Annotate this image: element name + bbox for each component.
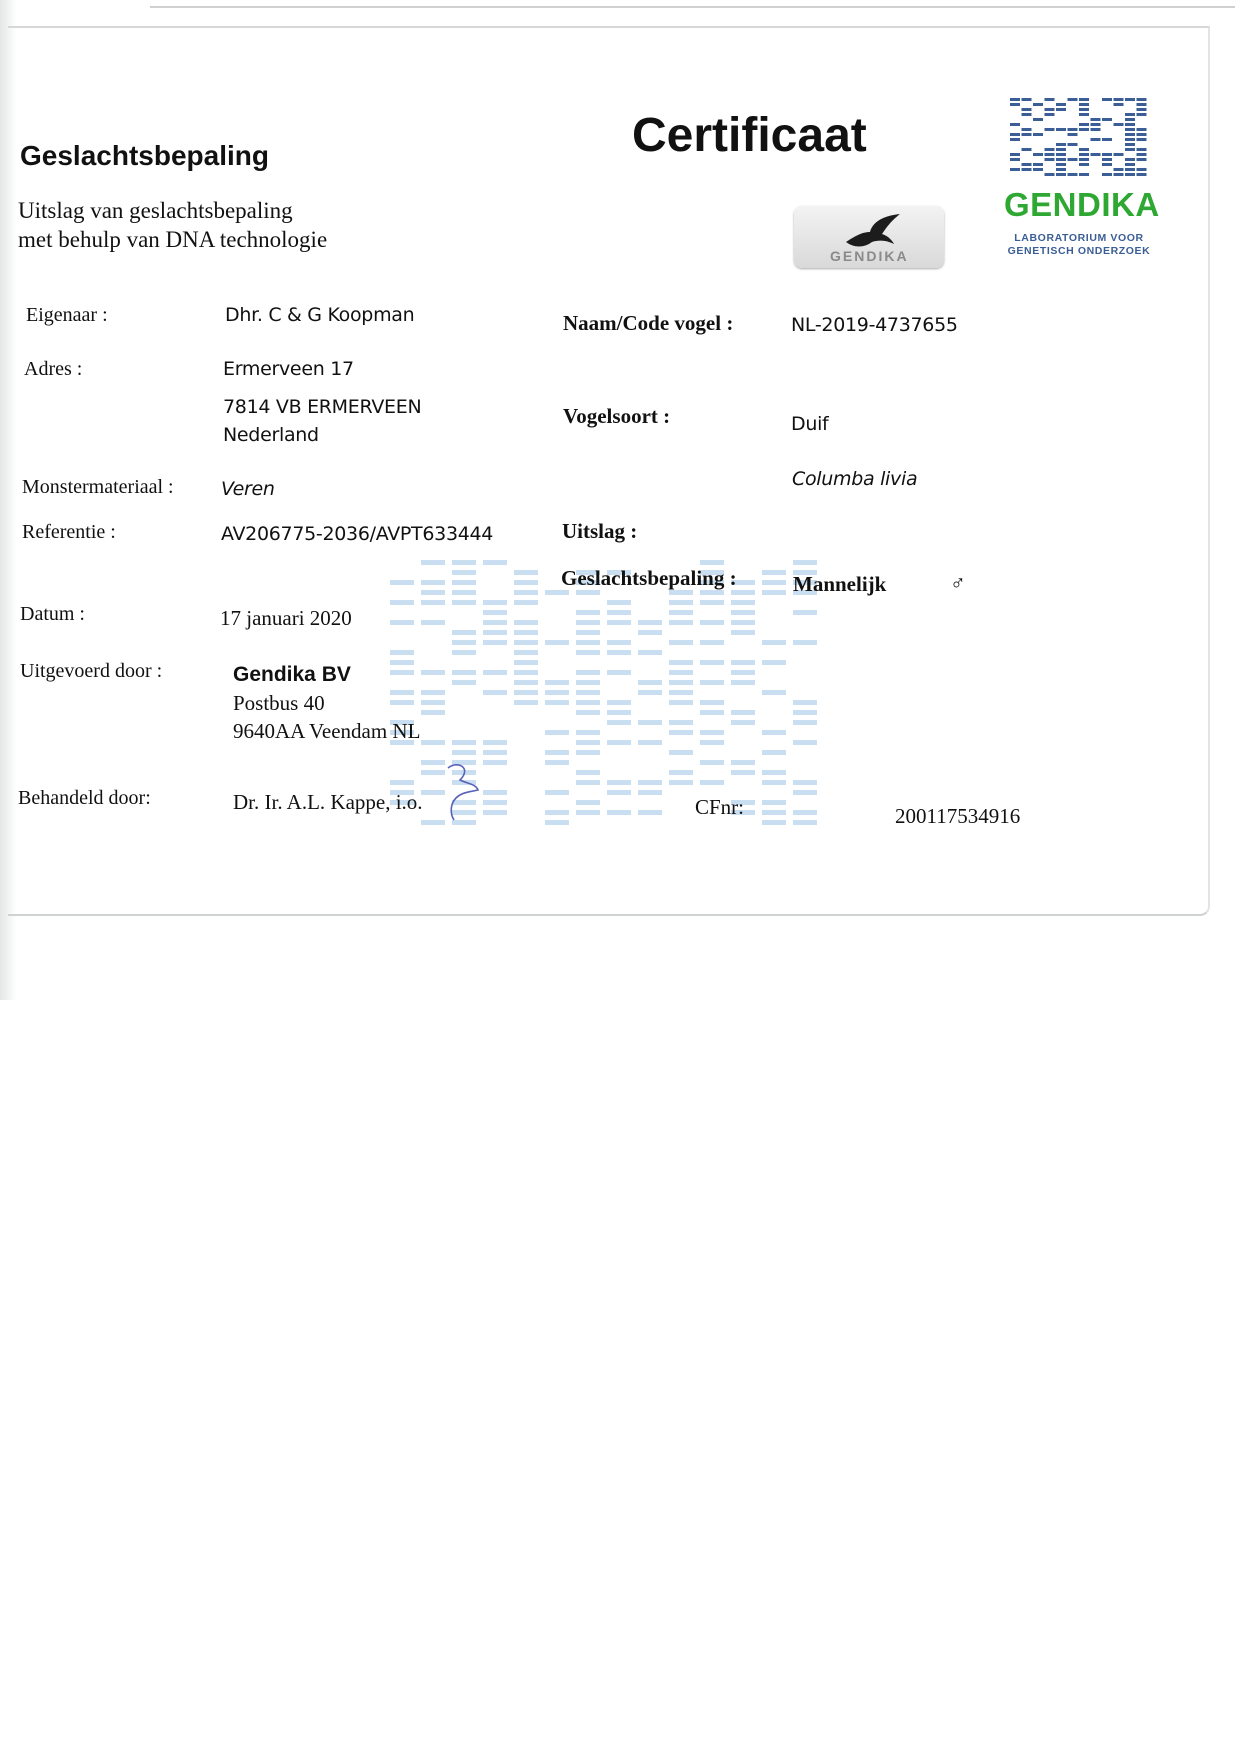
logo-tagline: LABORATORIUM VOOR GENETISCH ONDERZOEK [1004,232,1154,258]
dna-bands-g-logo-icon [1010,98,1148,178]
adres-line-2: 7814 VB ERMERVEEN [223,396,421,418]
cfnr-value: 200117534916 [895,804,1020,829]
certificate-title: Certificaat [632,108,867,163]
gendika-logo: GENDIKA LABORATORIUM VOOR GENETISCH ONDE… [1004,98,1154,268]
uitslag-label: Uitslag : [562,519,637,544]
eigenaar-value: Dhr. C & G Koopman [225,304,414,326]
uitgevoerd-line-2: Postbus 40 [233,691,325,716]
monstermateriaal-label: Monstermateriaal : [22,476,174,499]
cfnr-label: CFnr: [695,795,744,820]
geslachtsbepaling-label: Geslachtsbepaling : [561,566,737,591]
referentie-label: Referentie : [22,521,116,544]
behandeld-value: Dr. Ir. A.L. Kappe, i.o. [233,790,423,815]
uitgevoerd-label: Uitgevoerd door : [20,660,162,683]
vogelsoort-value: Duif [791,413,828,435]
document-title: Geslachtsbepaling [20,140,269,172]
seal-text: GENDIKA [830,248,909,264]
document-subtitle: Uitslag van geslachtsbepaling met behulp… [18,196,327,254]
vogelsoort-label: Vogelsoort : [563,404,670,429]
top-rule [150,6,1235,8]
referentie-value: AV206775-2036/AVPT633444 [221,523,493,545]
datum-label: Datum : [20,603,85,626]
datum-value: 17 januari 2020 [220,606,352,631]
logo-tagline-line-1: LABORATORIUM VOOR [1004,232,1154,245]
eigenaar-label: Eigenaar : [26,304,108,327]
uitgevoerd-line-3: 9640AA Veendam NL [233,719,420,744]
subtitle-line-1: Uitslag van geslachtsbepaling [18,196,327,225]
uitgevoerd-company: Gendika BV [233,663,351,687]
vogelsoort-latin: Columba livia [792,468,917,490]
logo-name: GENDIKA [1004,186,1154,224]
hologram-seal: GENDIKA [794,206,944,268]
monstermateriaal-value: Veren [221,478,275,500]
behandeld-label: Behandeld door: [18,787,151,810]
subtitle-line-2: met behulp van DNA technologie [18,225,327,254]
logo-tagline-line-2: GENETISCH ONDERZOEK [1004,245,1154,258]
naam-code-value: NL-2019-4737655 [791,314,958,336]
male-symbol-icon: ♂ [950,572,966,596]
signature-icon [440,762,490,822]
adres-label: Adres : [24,358,82,381]
naam-code-label: Naam/Code vogel : [563,311,733,336]
geslacht-value: Mannelijk [793,572,886,597]
adres-line-1: Ermerveen 17 [223,358,354,380]
adres-line-3: Nederland [223,424,319,446]
